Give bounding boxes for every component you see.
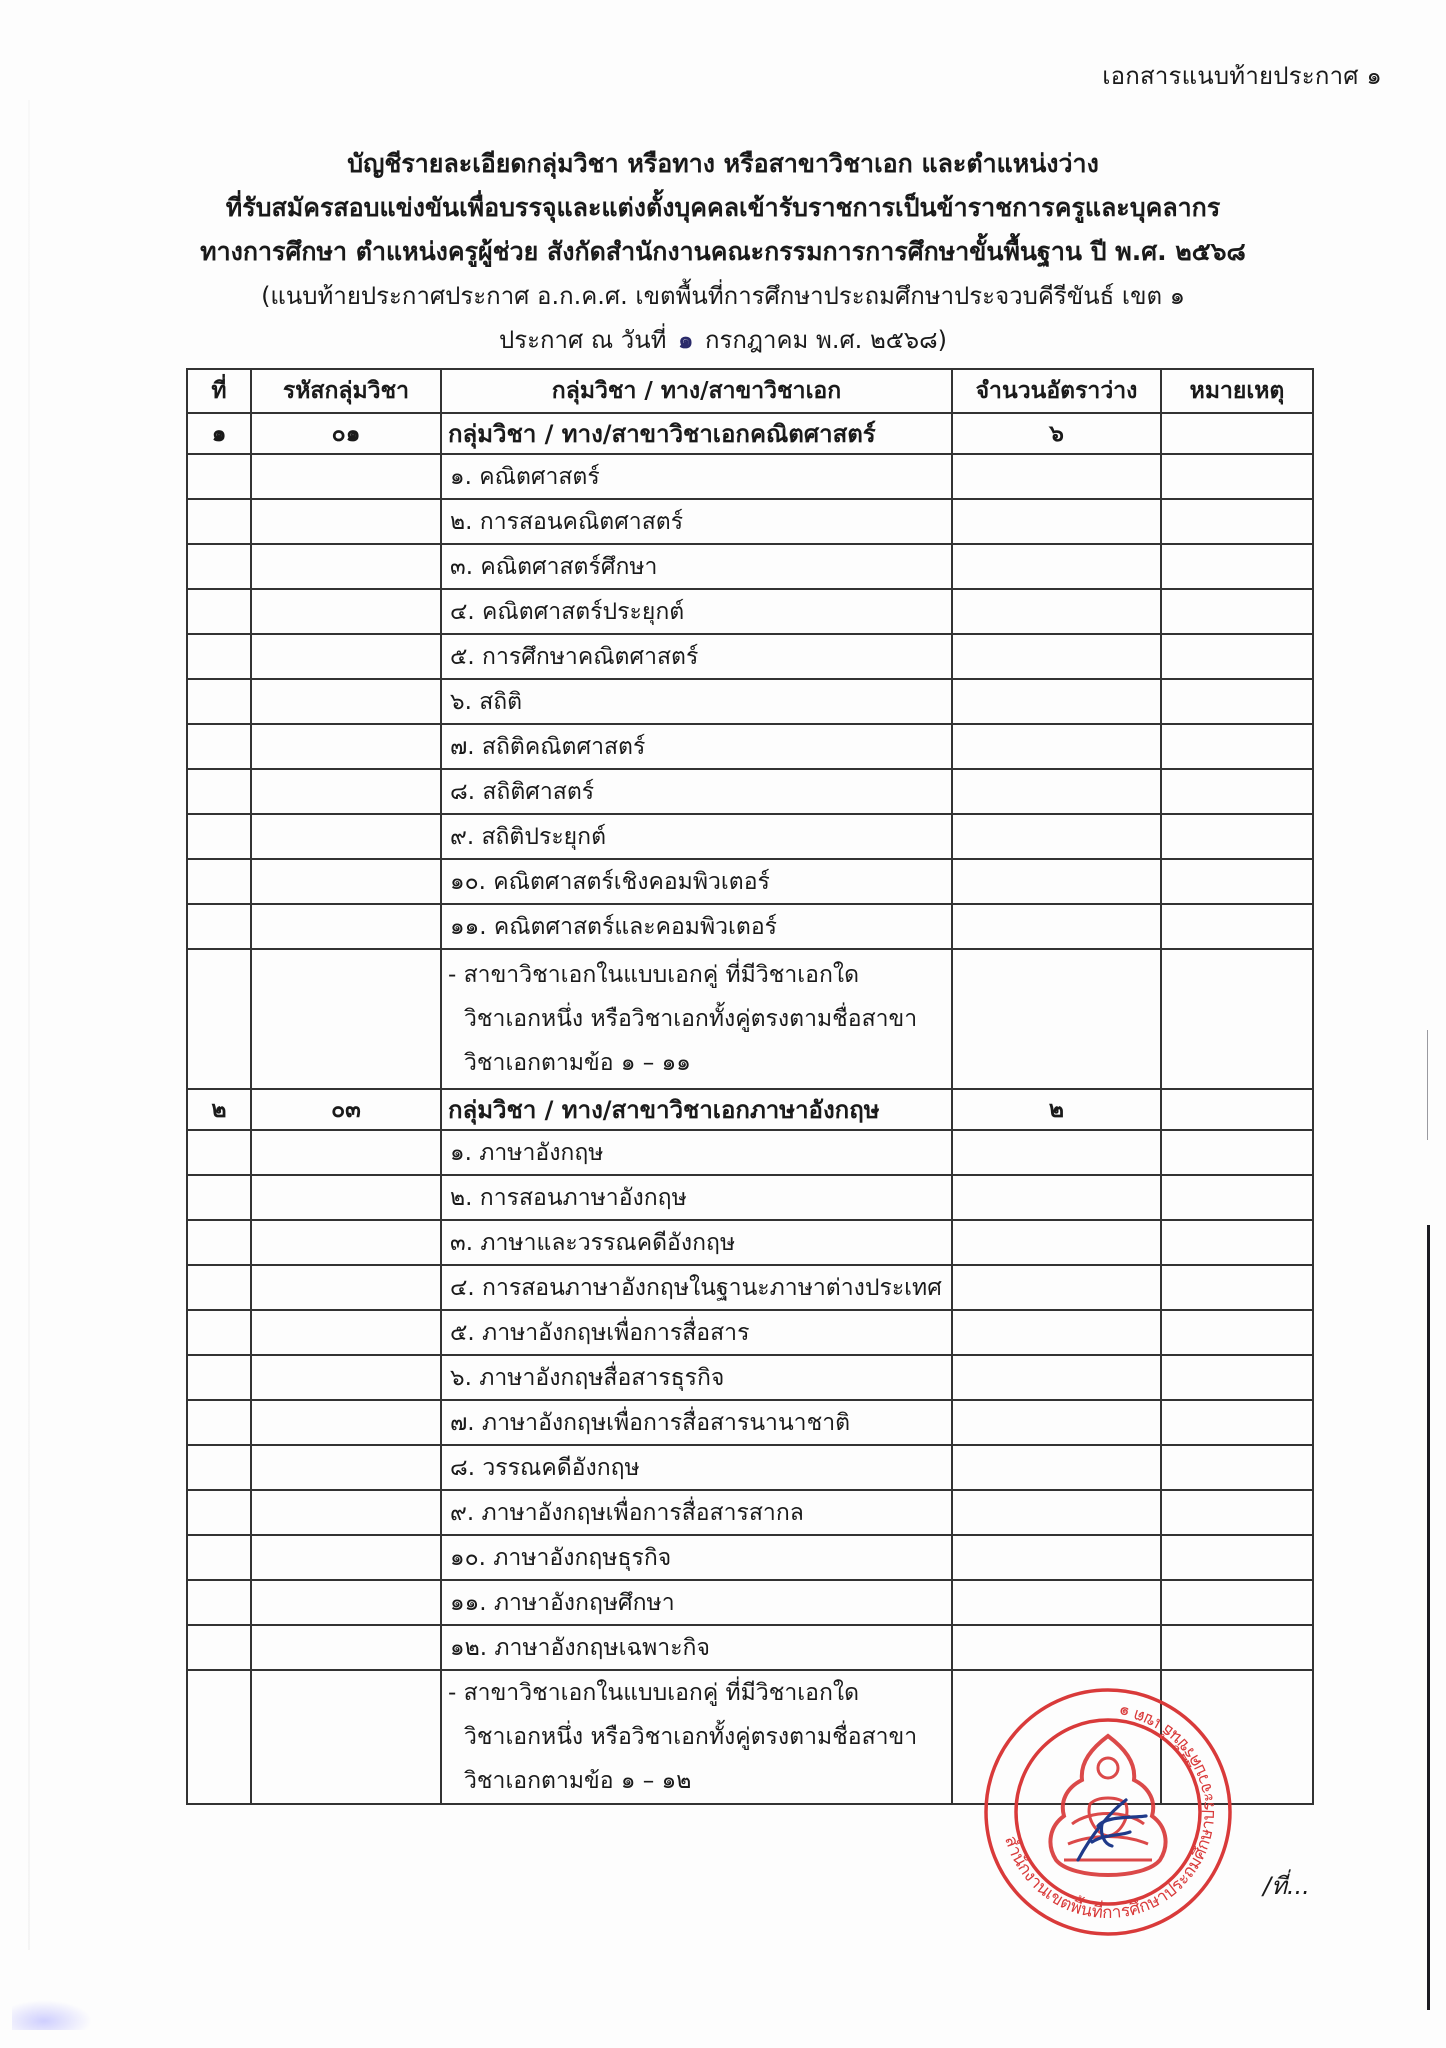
cell-code-empty <box>251 634 441 679</box>
cell-no-empty <box>187 589 251 634</box>
cell-major: ๑๐. ภาษาอังกฤษธุรกิจ <box>441 1535 952 1580</box>
cell-code-empty <box>251 814 441 859</box>
cell-remark-empty <box>1161 904 1313 949</box>
cell-vacancies-empty <box>952 724 1161 769</box>
cell-no-empty <box>187 769 251 814</box>
cell-remark-empty <box>1161 544 1313 589</box>
header-vacancies: จำนวนอัตราว่าง <box>952 369 1161 413</box>
cell-major: ๑๑. คณิตศาสตร์และคอมพิวเตอร์ <box>441 904 952 949</box>
table-row: ๑๑. ภาษาอังกฤษศึกษา <box>187 1580 1313 1625</box>
cell-vacancies-empty <box>952 1535 1161 1580</box>
table-row: ๑. คณิตศาสตร์ <box>187 454 1313 499</box>
cell-vacancies-empty <box>952 949 1161 1089</box>
cell-no-empty <box>187 634 251 679</box>
table-row: ๑๑. คณิตศาสตร์และคอมพิวเตอร์ <box>187 904 1313 949</box>
cell-vacancies-empty <box>952 454 1161 499</box>
cell-remark-empty <box>1161 1580 1313 1625</box>
note-line: วิชาเอกหนึ่ง หรือวิชาเอกทั้งคู่ตรงตามชื่… <box>448 997 945 1041</box>
scan-edge-artifact <box>28 100 30 1950</box>
cell-no-empty <box>187 679 251 724</box>
table-row: ๓. ภาษาและวรรณคดีอังกฤษ <box>187 1220 1313 1265</box>
table-row: ๕. ภาษาอังกฤษเพื่อการสื่อสาร <box>187 1310 1313 1355</box>
cell-no-empty <box>187 1625 251 1670</box>
cell-vacancies-empty <box>952 769 1161 814</box>
note-line: - สาขาวิชาเอกในแบบเอกคู่ ที่มีวิชาเอกใด <box>448 1671 945 1715</box>
cell-remark-empty <box>1161 1490 1313 1535</box>
cell-remark-empty <box>1161 1310 1313 1355</box>
cell-no-empty <box>187 1670 251 1804</box>
cell-no-empty <box>187 1310 251 1355</box>
cell-no-empty <box>187 1400 251 1445</box>
cell-no-empty <box>187 724 251 769</box>
cell-remark-empty <box>1161 634 1313 679</box>
cell-code-empty <box>251 1670 441 1804</box>
cell-code: ๐๓ <box>251 1089 441 1130</box>
cell-remark-empty <box>1161 454 1313 499</box>
cell-remark-empty <box>1161 1175 1313 1220</box>
table-row: ๕. การศึกษาคณิตศาสตร์ <box>187 634 1313 679</box>
cell-major: ๕. ภาษาอังกฤษเพื่อการสื่อสาร <box>441 1310 952 1355</box>
cell-vacancies-empty <box>952 544 1161 589</box>
cell-remark-empty <box>1161 724 1313 769</box>
cell-code-empty <box>251 1445 441 1490</box>
note-line: วิชาเอกหนึ่ง หรือวิชาเอกทั้งคู่ตรงตามชื่… <box>448 1715 945 1759</box>
cell-major: ๘. สถิติศาสตร์ <box>441 769 952 814</box>
table-row: ๒. การสอนภาษาอังกฤษ <box>187 1175 1313 1220</box>
header-no: ที่ <box>187 369 251 413</box>
cell-remark-empty <box>1161 589 1313 634</box>
cell-no-empty <box>187 1175 251 1220</box>
cell-no-empty <box>187 544 251 589</box>
cell-remark-empty <box>1161 1535 1313 1580</box>
table-row: ๙. สถิติประยุกต์ <box>187 814 1313 859</box>
note-line: - สาขาวิชาเอกในแบบเอกคู่ ที่มีวิชาเอกใด <box>448 953 945 997</box>
announcement-date-suffix: กรกฎาคม พ.ศ. ๒๕๖๘) <box>705 326 947 354</box>
announcement-date-prefix: ประกาศ ณ วันที่ <box>499 326 666 354</box>
announcement-day: ๑ <box>674 326 697 354</box>
cell-no-empty <box>187 1220 251 1265</box>
cell-code-empty <box>251 1580 441 1625</box>
cell-group-name: กลุ่มวิชา / ทาง/สาขาวิชาเอกคณิตศาสตร์ <box>441 413 952 454</box>
cell-major: ๑๐. คณิตศาสตร์เชิงคอมพิวเตอร์ <box>441 859 952 904</box>
table-row: ๙. ภาษาอังกฤษเพื่อการสื่อสารสากล <box>187 1490 1313 1535</box>
title-line-1: บัญชีรายละเอียดกลุ่มวิชา หรือทาง หรือสาข… <box>0 142 1446 186</box>
cell-major: ๗. สถิติคณิตศาสตร์ <box>441 724 952 769</box>
cell-code-empty <box>251 769 441 814</box>
cell-no-empty <box>187 859 251 904</box>
cell-code-empty <box>251 1130 441 1175</box>
cell-vacancies-empty <box>952 1355 1161 1400</box>
cell-vacancies-empty <box>952 679 1161 724</box>
cell-code-empty <box>251 859 441 904</box>
cell-no-empty <box>187 454 251 499</box>
cell-remark-empty <box>1161 949 1313 1089</box>
title-line-3: ทางการศึกษา ตำแหน่งครูผู้ช่วย สังกัดสำนั… <box>0 230 1446 274</box>
table-row: ๗. สถิติคณิตศาสตร์ <box>187 724 1313 769</box>
subtitle-line: (แนบท้ายประกาศประกาศ อ.ก.ค.ศ. เขตพื้นที่… <box>0 274 1446 318</box>
cell-remark-empty <box>1161 1625 1313 1670</box>
cell-remark-empty <box>1161 859 1313 904</box>
cell-code: ๐๑ <box>251 413 441 454</box>
cell-vacancies-empty <box>952 634 1161 679</box>
header-code: รหัสกลุ่มวิชา <box>251 369 441 413</box>
cell-no-empty <box>187 814 251 859</box>
cell-vacancies-empty <box>952 904 1161 949</box>
cell-code-empty <box>251 1490 441 1535</box>
document-page: เอกสารแนบท้ายประกาศ ๑ บัญชีรายละเอียดกลุ… <box>0 0 1446 2048</box>
table-row: ๑. ภาษาอังกฤษ <box>187 1130 1313 1175</box>
cell-vacancies-empty <box>952 814 1161 859</box>
cell-major: ๙. ภาษาอังกฤษเพื่อการสื่อสารสากล <box>441 1490 952 1535</box>
table-row: ๑๐. คณิตศาสตร์เชิงคอมพิวเตอร์ <box>187 859 1313 904</box>
cell-group-name: กลุ่มวิชา / ทาง/สาขาวิชาเอกภาษาอังกฤษ <box>441 1089 952 1130</box>
cell-major: ๗. ภาษาอังกฤษเพื่อการสื่อสารนานาชาติ <box>441 1400 952 1445</box>
cell-major: ๓. คณิตศาสตร์ศึกษา <box>441 544 952 589</box>
cell-major: ๓. ภาษาและวรรณคดีอังกฤษ <box>441 1220 952 1265</box>
cell-no-empty <box>187 904 251 949</box>
cell-code-empty <box>251 1355 441 1400</box>
cell-remark <box>1161 1089 1313 1130</box>
official-seal-icon: สำนักงานเขตพื้นที่การศึกษาประถมศึกษาประจ… <box>980 1684 1236 1940</box>
cell-no-empty <box>187 1130 251 1175</box>
cell-code-empty <box>251 1535 441 1580</box>
header-subject-group: กลุ่มวิชา / ทาง/สาขาวิชาเอก <box>441 369 952 413</box>
cell-remark <box>1161 413 1313 454</box>
cell-vacancies-empty <box>952 1400 1161 1445</box>
table-row-group: ๑๐๑กลุ่มวิชา / ทาง/สาขาวิชาเอกคณิตศาสตร์… <box>187 413 1313 454</box>
cell-no-empty <box>187 949 251 1089</box>
cell-vacancies: ๖ <box>952 413 1161 454</box>
table-row: ๗. ภาษาอังกฤษเพื่อการสื่อสารนานาชาติ <box>187 1400 1313 1445</box>
cell-remark-empty <box>1161 814 1313 859</box>
cell-vacancies-empty <box>952 1445 1161 1490</box>
scan-edge-line <box>1427 1225 1430 2010</box>
cell-major: ๔. คณิตศาสตร์ประยุกต์ <box>441 589 952 634</box>
cell-no-empty <box>187 1265 251 1310</box>
table-row-note: - สาขาวิชาเอกในแบบเอกคู่ ที่มีวิชาเอกใดว… <box>187 949 1313 1089</box>
cell-remark-empty <box>1161 1355 1313 1400</box>
cell-vacancies-empty <box>952 1625 1161 1670</box>
cell-code-empty <box>251 679 441 724</box>
cell-code-empty <box>251 1220 441 1265</box>
cell-remark-empty <box>1161 1400 1313 1445</box>
cell-vacancies-empty <box>952 859 1161 904</box>
cell-double-major-note: - สาขาวิชาเอกในแบบเอกคู่ ที่มีวิชาเอกใดว… <box>441 1670 952 1804</box>
table-row: ๓. คณิตศาสตร์ศึกษา <box>187 544 1313 589</box>
cell-vacancies-empty <box>952 1310 1161 1355</box>
cell-vacancies-empty <box>952 1220 1161 1265</box>
table-row-group: ๒๐๓กลุ่มวิชา / ทาง/สาขาวิชาเอกภาษาอังกฤษ… <box>187 1089 1313 1130</box>
cell-remark-empty <box>1161 679 1313 724</box>
table-row: ๖. ภาษาอังกฤษสื่อสารธุรกิจ <box>187 1355 1313 1400</box>
cell-major: ๑. ภาษาอังกฤษ <box>441 1130 952 1175</box>
cell-vacancies-empty <box>952 1490 1161 1535</box>
cell-major: ๔. การสอนภาษาอังกฤษในฐานะภาษาต่างประเทศ <box>441 1265 952 1310</box>
cell-double-major-note: - สาขาวิชาเอกในแบบเอกคู่ ที่มีวิชาเอกใดว… <box>441 949 952 1089</box>
cell-code-empty <box>251 949 441 1089</box>
cell-major: ๖. สถิติ <box>441 679 952 724</box>
table-row: ๑๐. ภาษาอังกฤษธุรกิจ <box>187 1535 1313 1580</box>
cell-major: ๑๒. ภาษาอังกฤษเฉพาะกิจ <box>441 1625 952 1670</box>
cell-major: ๘. วรรณคดีอังกฤษ <box>441 1445 952 1490</box>
table-row: ๔. การสอนภาษาอังกฤษในฐานะภาษาต่างประเทศ <box>187 1265 1313 1310</box>
cell-vacancies-empty <box>952 1580 1161 1625</box>
cell-no-empty <box>187 1355 251 1400</box>
cell-major: ๕. การศึกษาคณิตศาสตร์ <box>441 634 952 679</box>
table-row: ๖. สถิติ <box>187 679 1313 724</box>
cell-major: ๑. คณิตศาสตร์ <box>441 454 952 499</box>
cell-code-empty <box>251 1625 441 1670</box>
cell-major: ๒. การสอนภาษาอังกฤษ <box>441 1175 952 1220</box>
note-line: วิชาเอกตามข้อ ๑ – ๑๑ <box>448 1041 945 1085</box>
cell-code-empty <box>251 724 441 769</box>
cell-code-empty <box>251 1175 441 1220</box>
table-row: ๑๒. ภาษาอังกฤษเฉพาะกิจ <box>187 1625 1313 1670</box>
cell-code-empty <box>251 1265 441 1310</box>
cell-no-empty <box>187 1490 251 1535</box>
cell-no-empty <box>187 1535 251 1580</box>
announcement-date-line: ประกาศ ณ วันที่ ๑ กรกฎาคม พ.ศ. ๒๕๖๘) <box>0 318 1446 362</box>
table-row: ๒. การสอนคณิตศาสตร์ <box>187 499 1313 544</box>
cell-no: ๑ <box>187 413 251 454</box>
note-line: วิชาเอกตามข้อ ๑ – ๑๒ <box>448 1759 945 1803</box>
table-header-row: ที่ รหัสกลุ่มวิชา กลุ่มวิชา / ทาง/สาขาวิ… <box>187 369 1313 413</box>
cell-code-empty <box>251 499 441 544</box>
cell-vacancies-empty <box>952 589 1161 634</box>
scan-smudge <box>12 2000 92 2030</box>
cell-major: ๑๑. ภาษาอังกฤษศึกษา <box>441 1580 952 1625</box>
document-reference-label: เอกสารแนบท้ายประกาศ ๑ <box>1102 56 1382 95</box>
cell-code-empty <box>251 904 441 949</box>
cell-code-empty <box>251 544 441 589</box>
cell-code-empty <box>251 1310 441 1355</box>
cell-code-empty <box>251 1400 441 1445</box>
cell-no-empty <box>187 499 251 544</box>
cell-remark-empty <box>1161 1220 1313 1265</box>
cell-code-empty <box>251 454 441 499</box>
cell-remark-empty <box>1161 499 1313 544</box>
cell-vacancies-empty <box>952 1175 1161 1220</box>
table-row: ๘. วรรณคดีอังกฤษ <box>187 1445 1313 1490</box>
cell-code-empty <box>251 589 441 634</box>
table-row: ๘. สถิติศาสตร์ <box>187 769 1313 814</box>
table-row: ๔. คณิตศาสตร์ประยุกต์ <box>187 589 1313 634</box>
cell-vacancies-empty <box>952 499 1161 544</box>
cell-major: ๙. สถิติประยุกต์ <box>441 814 952 859</box>
cell-vacancies: ๒ <box>952 1089 1161 1130</box>
table-body: ๑๐๑กลุ่มวิชา / ทาง/สาขาวิชาเอกคณิตศาสตร์… <box>187 413 1313 1804</box>
cell-no-empty <box>187 1580 251 1625</box>
scan-edge-line-faint <box>1427 1030 1428 1140</box>
cell-no-empty <box>187 1445 251 1490</box>
cell-major: ๒. การสอนคณิตศาสตร์ <box>441 499 952 544</box>
title-line-2: ที่รับสมัครสอบแข่งขันเพื่อบรรจุและแต่งตั… <box>0 186 1446 230</box>
vacancy-table: ที่ รหัสกลุ่มวิชา กลุ่มวิชา / ทาง/สาขาวิ… <box>186 368 1314 1805</box>
cell-remark-empty <box>1161 1130 1313 1175</box>
header-remark: หมายเหตุ <box>1161 369 1313 413</box>
continuation-mark: /ที่... <box>1263 1866 1310 1905</box>
cell-major: ๖. ภาษาอังกฤษสื่อสารธุรกิจ <box>441 1355 952 1400</box>
cell-remark-empty <box>1161 769 1313 814</box>
cell-no: ๒ <box>187 1089 251 1130</box>
cell-vacancies-empty <box>952 1130 1161 1175</box>
cell-remark-empty <box>1161 1445 1313 1490</box>
document-title-block: บัญชีรายละเอียดกลุ่มวิชา หรือทาง หรือสาข… <box>0 142 1446 362</box>
cell-remark-empty <box>1161 1265 1313 1310</box>
cell-vacancies-empty <box>952 1265 1161 1310</box>
